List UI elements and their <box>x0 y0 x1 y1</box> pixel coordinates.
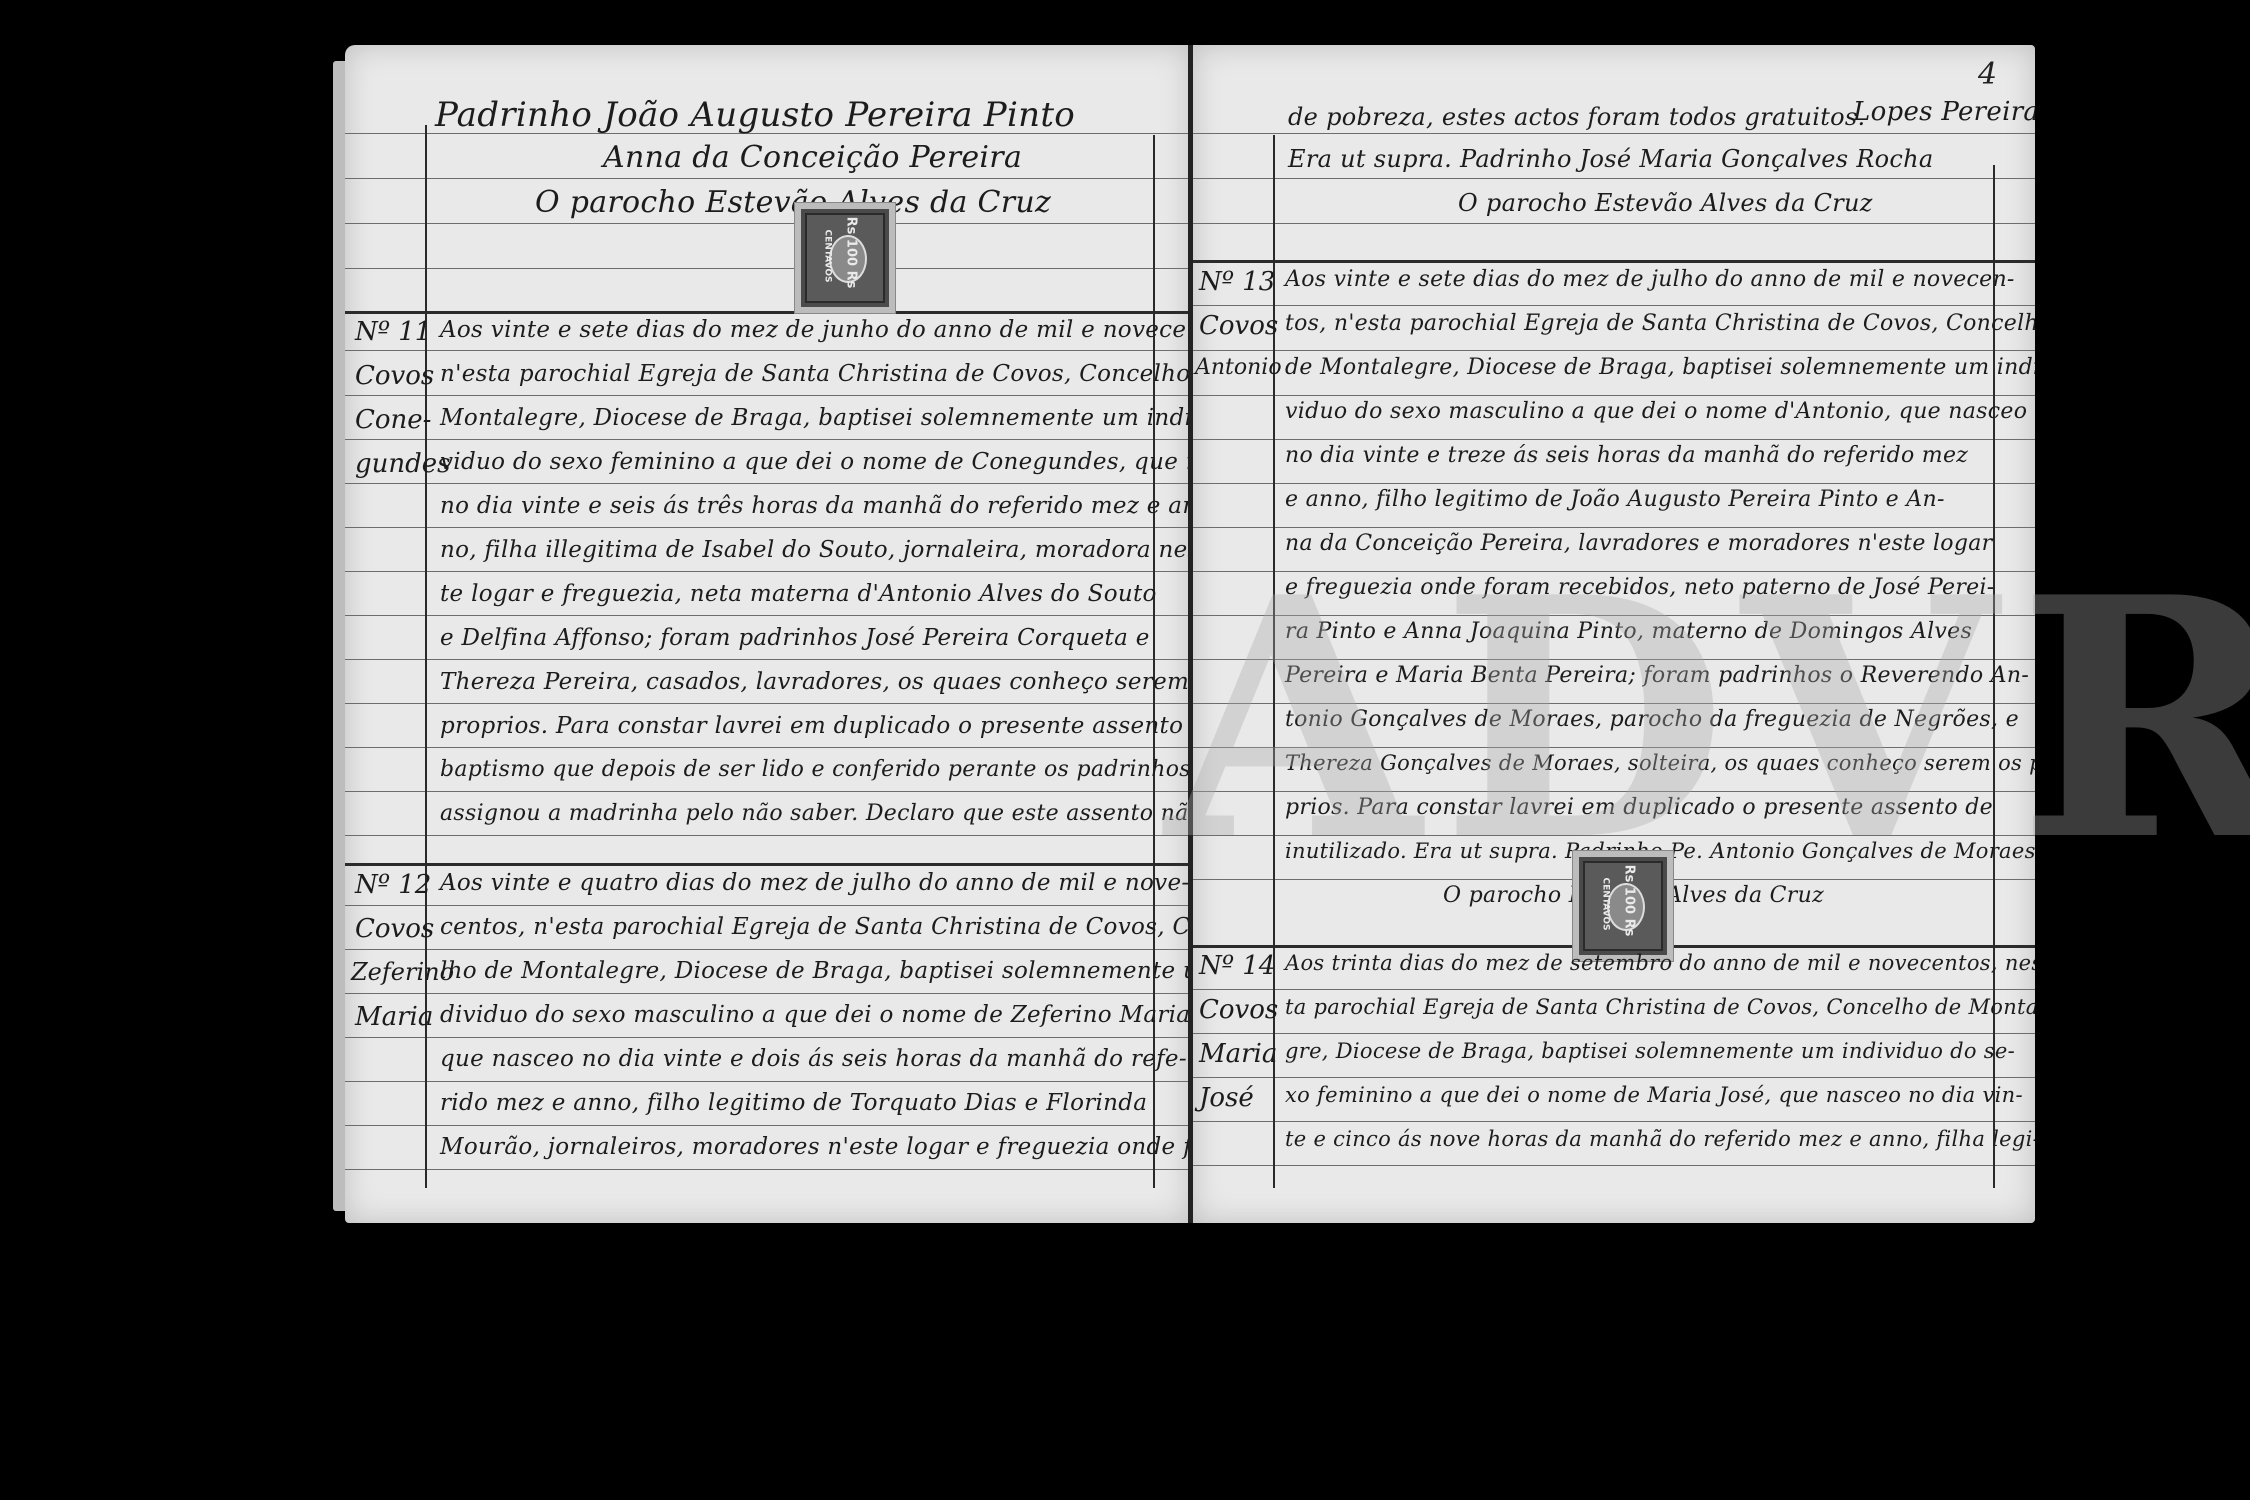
entry-text-line: tonio Gonçalves de Moraes, parocho da fr… <box>1285 707 2019 732</box>
entry-text-line: e freguezia onde foram recebidos, neto p… <box>1285 575 1995 600</box>
entry-place: Covos <box>1199 311 1278 341</box>
entry-text-line: Pereira e Maria Benta Pereira; foram pad… <box>1285 663 2029 688</box>
revenue-stamp: Rs 100 Rs CENTAVOS <box>795 203 895 313</box>
entry-text-line: no dia vinte e treze ás seis horas da ma… <box>1285 443 1968 468</box>
entry-text-line: assignou a madrinha pelo não saber. Decl… <box>440 801 1190 826</box>
entry-text-line: gre, Diocese de Braga, baptisei solemnem… <box>1285 1039 2015 1063</box>
entry-text-line: Thereza Gonçalves de Moraes, solteira, o… <box>1285 751 2035 775</box>
entry-text-line: de Montalegre, Diocese de Braga, baptise… <box>1285 355 2035 380</box>
entry-number: Nº 12 <box>355 870 431 900</box>
entry-text-line: Aos trinta dias do mez de setembro do an… <box>1285 951 2035 975</box>
page-number: 4 <box>1978 57 1997 92</box>
entry-number: Nº 11 <box>355 317 431 347</box>
entry-number: Nº 14 <box>1199 951 1275 981</box>
entry-name: Maria <box>355 1002 433 1032</box>
entry-name: Zeferino <box>351 958 454 986</box>
entry-text-line: e anno, filho legitimo de João Augusto P… <box>1285 487 1945 512</box>
stamp-label: CENTAVOS <box>1601 877 1611 930</box>
entry-text-line: te logar e freguezia, neta materna d'Ant… <box>440 581 1157 607</box>
entry-text-line: proprios. Para constar lavrei em duplica… <box>440 713 1190 739</box>
open-register-book: Padrinho João Augusto Pereira Pinto Anna… <box>345 45 2035 1223</box>
entry-text-line: Aos vinte e quatro dias do mez de julho … <box>440 870 1189 896</box>
entry-text-line: prios. Para constar lavrei em duplicado … <box>1285 795 1993 820</box>
entry-text-line: ra Pinto e Anna Joaquina Pinto, materno … <box>1285 619 1972 644</box>
margin-signature: Lopes Pereira <box>1853 97 2035 127</box>
continuation-line: O parocho Estevão Alves da Cruz <box>1458 189 1873 217</box>
entry-text-line: e Delfina Affonso; foram padrinhos José … <box>440 625 1150 651</box>
continuation-line: Padrinho João Augusto Pereira Pinto <box>435 95 1075 135</box>
entry-text-line: xo feminino a que dei o nome de Maria Jo… <box>1285 1083 2023 1107</box>
entry-text-line: Mourão, jornaleiros, moradores n'este lo… <box>440 1134 1190 1160</box>
continuation-line: Era ut supra. Padrinho José Maria Gonçal… <box>1288 145 1934 173</box>
entry-text-line: centos, n'esta parochial Egreja de Santa… <box>440 914 1190 940</box>
entry-place: Covos <box>355 361 434 391</box>
entry-text-line: Aos vinte e sete dias do mez de junho do… <box>440 317 1190 343</box>
entry-name: Cone- <box>355 405 431 435</box>
continuation-line: O parocho Estevão Alves da Cruz <box>535 185 1051 220</box>
entry-text-line: lho de Montalegre, Diocese de Braga, bap… <box>440 958 1190 984</box>
entry-text-line: ta parochial Egreja de Santa Christina d… <box>1285 995 2035 1019</box>
entry-text-line: Thereza Pereira, casados, lavradores, os… <box>440 669 1190 695</box>
entry-place: Covos <box>355 914 434 944</box>
entry-text-line: no, filha illegitima de Isabel do Souto,… <box>440 537 1190 563</box>
entry-text-line: viduo do sexo feminino a que dei o nome … <box>440 449 1190 475</box>
entry-name: gundes <box>355 449 451 479</box>
entry-text-line: Montalegre, Diocese de Braga, baptisei s… <box>440 405 1190 431</box>
entry-text-line: viduo do sexo masculino a que dei o nome… <box>1285 399 2027 424</box>
entry-text-line: baptismo que depois de ser lido e confer… <box>440 757 1190 782</box>
entry-name: José <box>1199 1083 1254 1113</box>
entry-text-line: Aos vinte e sete dias do mez de julho do… <box>1285 267 2015 292</box>
entry-text-line: tos, n'esta parochial Egreja de Santa Ch… <box>1285 311 2035 336</box>
left-page: Padrinho João Augusto Pereira Pinto Anna… <box>345 45 1190 1223</box>
continuation-line: Anna da Conceição Pereira <box>603 140 1022 175</box>
entry-number: Nº 13 <box>1199 267 1275 297</box>
entry-text-line: te e cinco ás nove horas da manhã do ref… <box>1285 1127 2035 1151</box>
entry-text-line: rido mez e anno, filho legitimo de Torqu… <box>440 1090 1147 1116</box>
entry-name: Antonio <box>1195 355 1282 380</box>
entry-text-line: no dia vinte e seis ás três horas da man… <box>440 493 1190 519</box>
stamp-value: Rs 100 Rs <box>844 217 859 289</box>
continuation-line: de pobreza, estes actos foram todos grat… <box>1288 103 1865 131</box>
stamp-value: Rs 100 Rs <box>1622 865 1637 937</box>
entry-place: Covos <box>1199 995 1278 1025</box>
entry-text-line: n'esta parochial Egreja de Santa Christi… <box>440 361 1190 387</box>
entry-text-line: que nasceo no dia vinte e dois ás seis h… <box>440 1046 1187 1072</box>
entry-text-line: na da Conceição Pereira, lavradores e mo… <box>1285 531 1992 556</box>
stamp-label: CENTAVOS <box>823 229 833 282</box>
entry-name: Maria <box>1199 1039 1277 1069</box>
right-page: 4 de pobreza, estes actos foram todos gr… <box>1193 45 2035 1223</box>
revenue-stamp: Rs 100 Rs CENTAVOS <box>1573 851 1673 961</box>
entry-text-line: dividuo do sexo masculino a que dei o no… <box>440 1002 1190 1028</box>
